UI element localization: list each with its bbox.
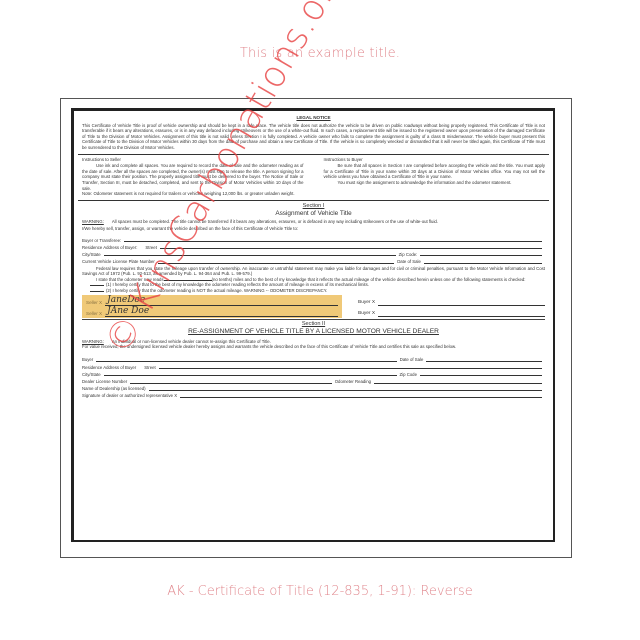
section-1-warning: WARNING: All spaces must be completed. T… xyxy=(82,219,545,225)
transfer-statement: I/We hereby sell, transfer, assign, or w… xyxy=(82,226,545,232)
seller-label: Seller X xyxy=(86,300,102,306)
seller-signature-2[interactable]: Seller X JAne Doe xyxy=(86,306,338,317)
date-of-sale-line[interactable] xyxy=(426,358,542,362)
dealer-license-label: Dealer License Number xyxy=(82,379,127,385)
certificate-document: LEGAL NOTICE This Certificate of Vehicle… xyxy=(71,108,555,542)
signature-area: Seller X JaneDoe Seller X JAne Doe Buyer… xyxy=(82,295,545,318)
residence-address-label: Residence Address of Buyer: xyxy=(82,245,137,251)
residence-address-field[interactable]: Residence Address of Buyer: Street xyxy=(82,243,545,250)
plate-date-field[interactable]: Current Vehicle License Plate Number Dat… xyxy=(82,257,545,264)
dealer-signature-line[interactable] xyxy=(180,394,542,398)
city-state-label: City/State xyxy=(82,252,101,258)
seller-instructions: Instructions to Seller Use ink and compl… xyxy=(82,157,304,192)
city-state-line[interactable] xyxy=(104,252,396,256)
buyer-instructions-heading: Instructions to Buyer xyxy=(324,157,546,163)
section-1-number: Section I xyxy=(82,203,545,210)
city-state-label: City/State xyxy=(82,372,101,378)
seller-signature-1-value[interactable]: JaneDoe xyxy=(105,296,338,306)
dealer-residence-field[interactable]: Residence Address of Buyer Street xyxy=(82,363,545,370)
dealer-license-line[interactable] xyxy=(130,380,332,384)
buyer-signature-2[interactable]: Buyer X xyxy=(358,306,545,317)
dealership-name-field[interactable]: Name of Dealership (as licensed) xyxy=(82,385,545,392)
odometer-reading-label: Odometer Reading xyxy=(335,379,371,385)
odometer-check-2[interactable]: (2) I hereby certify that the odometer r… xyxy=(82,288,545,294)
residence-address-label: Residence Address of Buyer xyxy=(82,365,136,371)
federal-law-statement: Federal law requires that you state the … xyxy=(82,266,545,277)
checkbox-line[interactable] xyxy=(90,285,104,286)
odometer-reading-line[interactable] xyxy=(164,280,212,281)
dealer-signature-field[interactable]: Signature of dealer or authorized repres… xyxy=(82,392,545,399)
legal-notice-heading: LEGAL NOTICE xyxy=(82,115,545,121)
zip-label: Zip Code: xyxy=(399,252,418,258)
page-title: This is an example title. xyxy=(0,46,640,61)
odometer-note: Note: Odometer statement is not required… xyxy=(82,191,545,197)
plate-line[interactable] xyxy=(158,260,394,264)
dealer-statement: For value received, the undersigned lice… xyxy=(82,344,545,350)
dealership-name-label: Name of Dealership (as licensed) xyxy=(82,386,146,392)
buyer-transferee-label: Buyer or Transferee: xyxy=(82,238,121,244)
divider xyxy=(82,319,545,320)
dealer-city-zip-field[interactable]: City/State Zip Code xyxy=(82,370,545,377)
seller-signature-1[interactable]: Seller X JaneDoe xyxy=(86,295,338,306)
section-2-header: Section II RE-ASSIGNMENT OF VEHICLE TITL… xyxy=(82,321,545,335)
buyer-transferee-line[interactable] xyxy=(124,238,542,242)
buyer-label: Buyer X xyxy=(358,311,375,317)
seller-signature-2-value[interactable]: JAne Doe xyxy=(105,307,338,317)
buyer-signature-2-value[interactable] xyxy=(378,307,545,317)
warning-label: WARNING: xyxy=(82,219,104,225)
seller-instructions-body: Use ink and complete all spaces. You are… xyxy=(82,163,304,191)
checkbox-line[interactable] xyxy=(90,291,104,292)
section-2-number: Section II xyxy=(82,321,545,328)
divider xyxy=(78,154,549,155)
date-of-sale-label: Date of Sale xyxy=(397,259,421,265)
buyer-instructions-body-2: You must sign the assignment to acknowle… xyxy=(324,180,546,186)
city-zip-field[interactable]: City/State Zip Code: xyxy=(82,250,545,257)
dealer-signature-label: Signature of dealer or authorized repres… xyxy=(82,393,177,399)
dealer-buyer-field[interactable]: Buyer Date of Sale xyxy=(82,356,545,363)
city-state-line[interactable] xyxy=(104,372,397,376)
date-of-sale-line[interactable] xyxy=(424,260,542,264)
buyer-label: Buyer X xyxy=(358,300,375,306)
street-label: Street xyxy=(145,245,156,251)
warning-text: All spaces must be completed. The title … xyxy=(112,219,438,225)
buyer-label: Buyer xyxy=(82,357,93,363)
instructions-block: Instructions to Seller Use ink and compl… xyxy=(82,157,545,192)
buyer-signature-1[interactable]: Buyer X xyxy=(358,295,545,306)
buyer-signature-1-value[interactable] xyxy=(378,296,545,306)
seller-instructions-heading: Instructions to Seller xyxy=(82,157,304,163)
buyer-transferee-field[interactable]: Buyer or Transferee: xyxy=(82,236,545,243)
date-of-sale-label: Date of Sale xyxy=(400,357,424,363)
dealership-name-line[interactable] xyxy=(149,387,542,391)
zip-line[interactable] xyxy=(420,372,542,376)
zip-line[interactable] xyxy=(420,252,542,256)
odometer-reading-line[interactable] xyxy=(374,380,542,384)
buyer-line[interactable] xyxy=(96,358,397,362)
divider xyxy=(78,200,549,201)
seller-label: Seller X xyxy=(86,311,102,317)
street-line[interactable] xyxy=(159,365,542,369)
buyer-instructions: Instructions to Buyer Be sure that all s… xyxy=(324,157,546,192)
section-1-title: Assignment of Vehicle Title xyxy=(82,210,545,217)
street-line[interactable] xyxy=(160,245,542,249)
buyer-instructions-body-1: Be sure that all spaces in Section I are… xyxy=(324,163,546,180)
street-label: Street xyxy=(144,365,155,371)
section-2-title: RE-ASSIGNMENT OF VEHICLE TITLE BY A LICE… xyxy=(82,328,545,335)
section-1-header: Section I Assignment of Vehicle Title xyxy=(82,203,545,217)
dealer-license-odometer-field[interactable]: Dealer License Number Odometer Reading xyxy=(82,377,545,384)
seller-signatures-highlight: Seller X JaneDoe Seller X JAne Doe xyxy=(82,295,342,318)
zip-label: Zip Code xyxy=(400,372,417,378)
legal-notice-body: This Certificate of Vehicle Title is pro… xyxy=(82,123,545,151)
plate-label: Current Vehicle License Plate Number xyxy=(82,259,155,265)
buyer-signatures: Buyer X Buyer X xyxy=(342,295,545,318)
document-caption: AK - Certificate of Title (12-835, 1-91)… xyxy=(0,584,640,599)
